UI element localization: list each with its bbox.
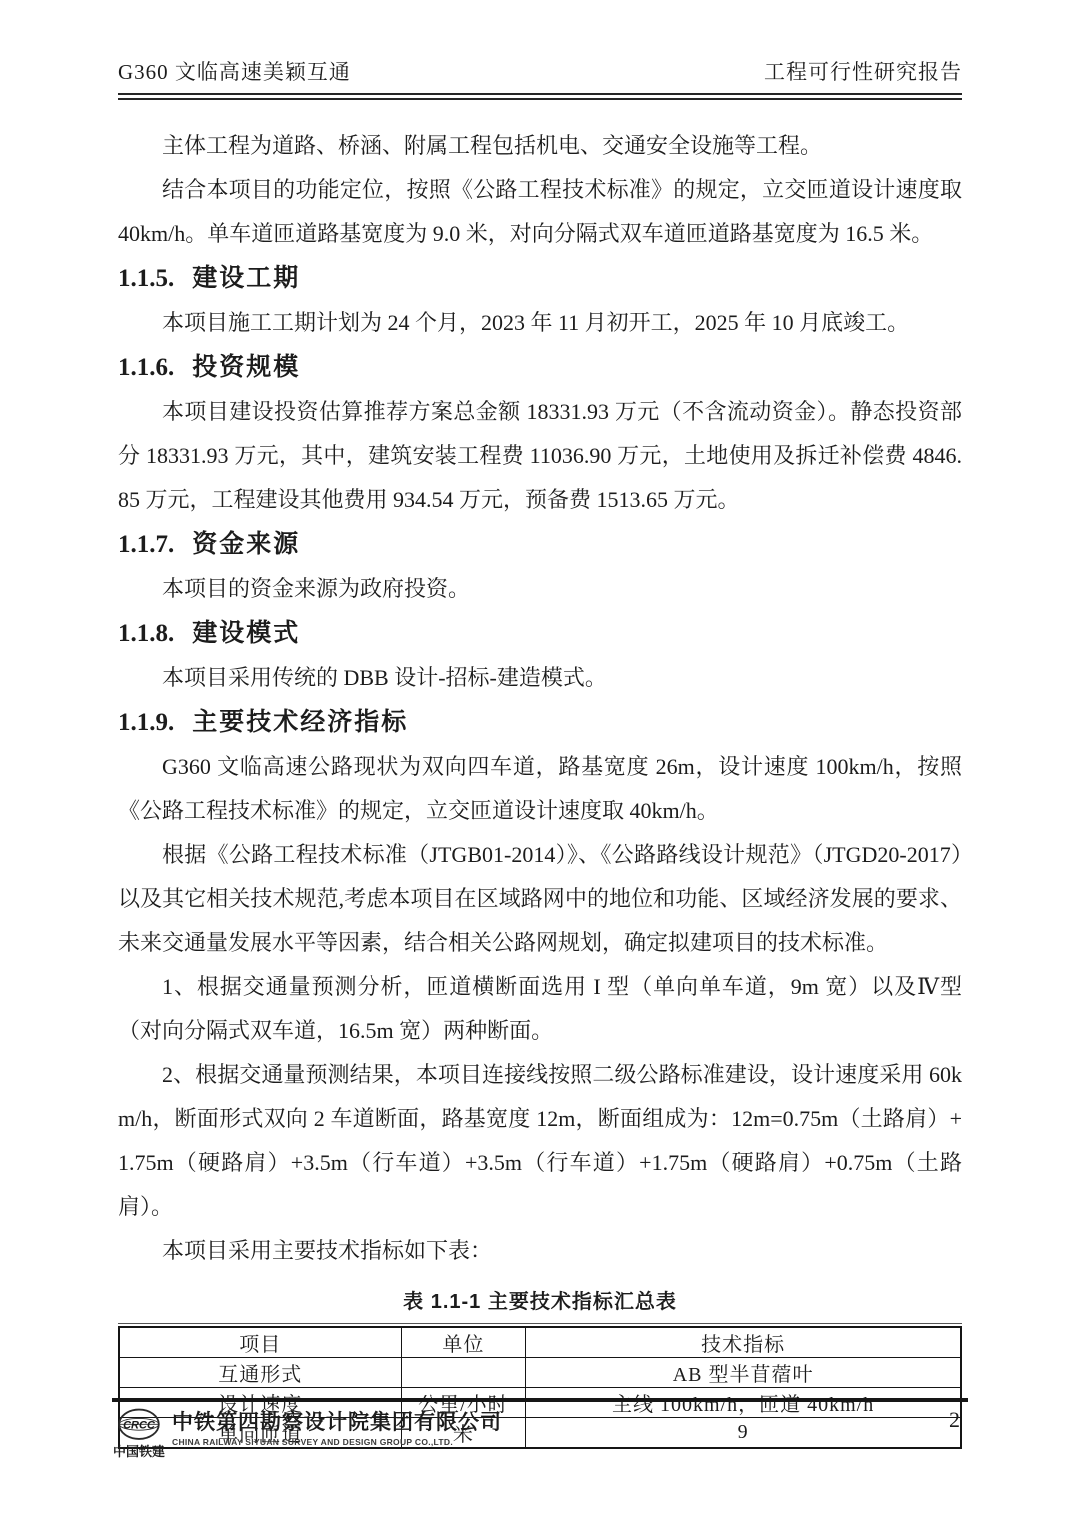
document-body: 主体工程为道路、桥涵、附属工程包括机电、交通安全设施等工程。 结合本项目的功能定…	[118, 100, 962, 1449]
paragraph: G360 文临高速公路现状为双向四车道，路基宽度 26m，设计速度 100km/…	[118, 745, 962, 833]
section-title: 主要技术经济指标	[192, 708, 408, 736]
globe-logo-icon: CRCC	[117, 1407, 161, 1443]
paragraph: 主体工程为道路、桥涵、附属工程包括机电、交通安全设施等工程。	[118, 124, 962, 168]
section-heading-1-1-6: 1.1.6.投资规模	[118, 345, 962, 390]
col-header-item: 项目	[119, 1327, 401, 1358]
col-header-unit: 单位	[401, 1327, 526, 1358]
paragraph: 本项目采用传统的 DBB 设计-招标-建造模式。	[118, 656, 962, 700]
running-header: G360 文临高速美颖互通 工程可行性研究报告	[118, 0, 962, 93]
paragraph: 2、根据交通量预测结果，本项目连接线按照二级公路标准建设，设计速度采用 60km…	[118, 1053, 962, 1229]
cell-indicator: AB 型半苜蓿叶	[526, 1358, 961, 1388]
cell-item: 互通形式	[119, 1358, 401, 1388]
paragraph: 本项目采用主要技术指标如下表：	[118, 1229, 962, 1273]
logo-caption: 中国铁建	[112, 1445, 166, 1459]
running-footer: CRCC 中国铁建 中铁第四勘察设计院集团有限公司 CHINA RAILWAY …	[112, 1398, 968, 1459]
header-rule	[118, 93, 962, 100]
section-number: 1.1.5.	[118, 265, 174, 292]
section-heading-1-1-5: 1.1.5.建设工期	[118, 256, 962, 301]
section-number: 1.1.9.	[118, 709, 174, 736]
table-header-row: 项目 单位 技术指标	[119, 1327, 961, 1358]
section-number: 1.1.8.	[118, 620, 174, 647]
paragraph: 本项目施工工期计划为 24 个月，2023 年 11 月初开工，2025 年 1…	[118, 301, 962, 345]
section-title: 投资规模	[192, 353, 300, 381]
col-header-indicator: 技术指标	[526, 1327, 961, 1358]
paragraph: 本项目的资金来源为政府投资。	[118, 567, 962, 611]
paragraph: 结合本项目的功能定位，按照《公路工程技术标准》的规定，立交匝道设计速度取 40k…	[118, 168, 962, 256]
paragraph: 本项目建设投资估算推荐方案总金额 18331.93 万元（不含流动资金）。静态投…	[118, 390, 962, 522]
section-heading-1-1-7: 1.1.7.资金来源	[118, 522, 962, 567]
page-number: 2	[949, 1407, 960, 1433]
section-title: 建设工期	[192, 264, 300, 292]
section-heading-1-1-8: 1.1.8.建设模式	[118, 611, 962, 656]
company-name-cn: 中铁第四勘察设计院集团有限公司	[172, 1410, 502, 1436]
company-name-en: CHINA RAILWAY SIYUAN SURVEY AND DESIGN G…	[172, 1437, 502, 1447]
section-title: 建设模式	[192, 619, 300, 647]
section-heading-1-1-9: 1.1.9.主要技术经济指标	[118, 700, 962, 745]
section-title: 资金来源	[192, 530, 300, 558]
table-row: 互通形式 AB 型半苜蓿叶	[119, 1358, 961, 1388]
paragraph: 1、根据交通量预测分析，匝道横断面选用 I 型（单向单车道，9m 宽）以及Ⅳ型（…	[118, 965, 962, 1053]
section-number: 1.1.7.	[118, 531, 174, 558]
table-caption: 表 1.1-1 主要技术指标汇总表	[118, 1285, 962, 1314]
company-logo: CRCC 中国铁建	[112, 1407, 166, 1459]
footer-rule	[112, 1398, 968, 1402]
paragraph: 根据《公路工程技术标准（JTGB01-2014）》、《公路路线设计规范》（JTG…	[118, 833, 962, 965]
section-number: 1.1.6.	[118, 354, 174, 381]
svg-text:CRCC: CRCC	[123, 1420, 156, 1432]
document-page: G360 文临高速美颖互通 工程可行性研究报告 主体工程为道路、桥涵、附属工程包…	[0, 0, 1080, 1528]
cell-unit	[401, 1358, 526, 1388]
header-left-title: G360 文临高速美颖互通	[118, 56, 351, 86]
header-right-title: 工程可行性研究报告	[764, 56, 962, 86]
